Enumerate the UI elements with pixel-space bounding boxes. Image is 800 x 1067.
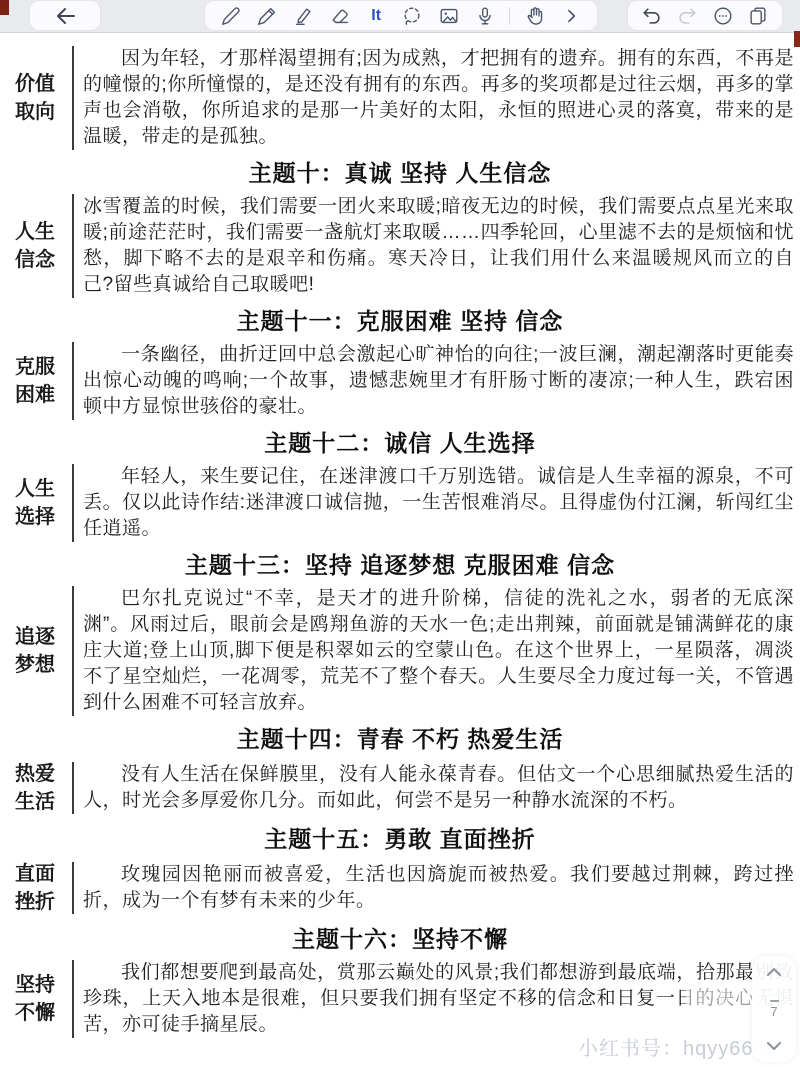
chevron-down-icon[interactable] [765,1040,783,1052]
watermark-text: 小红书号：hqyy6666 [578,1032,778,1061]
topic-header: 主题十四：青春 不朽 热爱生活 [0,724,800,754]
topic-section: 主题十一：克服困难 坚持 信念克服困难一条幽径，曲折迂回中总会激起心旷神怡的向往… [0,306,800,420]
lasso-icon[interactable] [400,3,424,29]
pages-icon[interactable] [746,3,770,29]
topic-row: 人生选择年轻人，来生要记住，在迷津渡口千万别选错。诚信是人生幸福的源泉，不可丢。… [0,464,800,542]
translucent-watermark-badge [686,982,758,1014]
topic-section: 主题十五：勇敢 直面挫折直面挫折玫瑰园因艳丽而被喜爱，生活也因旖旎而被热爱。我们… [0,824,800,916]
topic-paragraph-wrap: 冰雪覆盖的时候，我们需要一团火来取暖;暗夜无边的时候，我们需要点点星光来取暖;前… [72,194,794,298]
toolbar: It [0,0,800,33]
back-group [30,1,100,30]
highlighter-icon[interactable] [292,3,316,29]
topic-label: 追逐梦想 [0,623,72,679]
topic-label: 克服困难 [0,353,72,409]
topic-label: 热爱生活 [0,760,72,816]
image-icon[interactable] [437,3,461,29]
topic-header: 主题十五：勇敢 直面挫折 [0,824,800,854]
more-icon[interactable] [711,3,735,29]
page-navigator: 7 [752,956,796,1062]
topic-section: 主题十三：坚持 追逐梦想 克服困难 信念追逐梦想巴尔扎克说过“不幸，是天才的进升… [0,550,800,716]
topic-section: 主题十六：坚持不懈坚持不懈我们都想要爬到最高处，赏那云巅处的风景;我们都想游到最… [0,924,800,1038]
topic-label: 坚持不懈 [0,971,72,1027]
topic-paragraph-wrap: 没有人生活在保鲜膜里，没有人能永葆青春。但估文一个心思细腻热爱生活的人，时光会多… [72,762,794,814]
topic-label: 直面挫折 [0,860,72,916]
eraser-icon[interactable] [328,3,352,29]
topic-paragraph: 冰雪覆盖的时候，我们需要一团火来取暖;暗夜无边的时候，我们需要点点星光来取暖;前… [83,194,794,298]
topic-section: 主题十二：诚信 人生选择人生选择年轻人，来生要记住，在迷津渡口千万别选错。诚信是… [0,428,800,542]
page-indicator: 7 [770,1000,779,1018]
app-screen: It [0,0,800,1067]
document-page: 价值取向因为年轻，才那样渴望拥有;因为成熟，才把拥有的遗弃。拥有的东西，不再是的… [0,33,800,1067]
undo-icon[interactable] [640,3,664,29]
notebook-cover-edge-top-left [0,0,9,15]
text-tool-label: It [371,7,381,25]
topic-header: 主题十三：坚持 追逐梦想 克服困难 信念 [0,550,800,580]
page-number: 7 [770,1005,777,1018]
topic-header: 主题十：真诚 坚持 人生信念 [0,158,800,188]
topic-paragraph: 一条幽径，曲折迂回中总会激起心旷神怡的向往;一波巨澜，潮起潮落时更能奏出惊心动魄… [83,342,794,420]
topic-section: 主题十：真诚 坚持 人生信念人生信念冰雪覆盖的时候，我们需要一团火来取暖;暗夜无… [0,158,800,298]
topic-row: 直面挫折玫瑰园因艳丽而被喜爱，生活也因旖旎而被热爱。我们要越过荆棘，跨过挫折，成… [0,860,800,916]
topic-paragraph: 没有人生活在保鲜膜里，没有人能永葆青春。但估文一个心思细腻热爱生活的人，时光会多… [83,762,794,814]
topic-row: 热爱生活没有人生活在保鲜膜里，没有人能永葆青春。但估文一个心思细腻热爱生活的人，… [0,760,800,816]
topic-paragraph: 因为年轻，才那样渴望拥有;因为成熟，才把拥有的遗弃。拥有的东西，不再是的幢憬的;… [83,46,794,150]
topic-label: 人生信念 [0,218,72,274]
toolbar-divider [509,7,510,25]
text-tool-icon[interactable]: It [364,3,388,29]
topic-header: 主题十一：克服困难 坚持 信念 [0,306,800,336]
expand-icon[interactable] [559,3,583,29]
topic-paragraph-wrap: 巴尔扎克说过“不幸，是天才的进升阶梯，信徒的洗礼之水，弱者的无底深渊”。风雨过后… [72,586,794,716]
topic-row: 克服困难一条幽径，曲折迂回中总会激起心旷神怡的向往;一波巨澜，潮起潮落时更能奏出… [0,342,800,420]
pen-icon[interactable] [219,3,243,29]
topic-paragraph-wrap: 因为年轻，才那样渴望拥有;因为成熟，才把拥有的遗弃。拥有的东西，不再是的幢憬的;… [72,46,794,150]
chevron-up-icon[interactable] [765,966,783,978]
pencil-icon[interactable] [255,3,279,29]
page-indicator-dash [770,1000,779,1002]
microphone-icon[interactable] [473,3,497,29]
topic-section: 价值取向因为年轻，才那样渴望拥有;因为成熟，才把拥有的遗弃。拥有的东西，不再是的… [0,46,800,150]
hand-icon[interactable] [523,3,547,29]
topic-row: 坚持不懈我们都想要爬到最高处，赏那云巅处的风景;我们都想游到最底端，拾那最别致珍… [0,960,800,1038]
topic-paragraph: 年轻人，来生要记住，在迷津渡口千万别选错。诚信是人生幸福的源泉，不可丢。仅以此诗… [83,464,794,542]
topic-row: 追逐梦想巴尔扎克说过“不幸，是天才的进升阶梯，信徒的洗礼之水，弱者的无底深渊”。… [0,586,800,716]
topic-paragraph-wrap: 一条幽径，曲折迂回中总会激起心旷神怡的向往;一波巨澜，潮起潮落时更能奏出惊心动魄… [72,342,794,420]
topic-sections: 价值取向因为年轻，才那样渴望拥有;因为成熟，才把拥有的遗弃。拥有的东西，不再是的… [0,46,800,1038]
topic-header: 主题十二：诚信 人生选择 [0,428,800,458]
tools-group: It [205,1,597,30]
topic-paragraph-wrap: 玫瑰园因艳丽而被喜爱，生活也因旖旎而被热爱。我们要越过荆棘，跨过挫折，成为一个有… [72,862,794,914]
redo-icon[interactable] [675,3,699,29]
back-icon[interactable] [53,3,77,29]
actions-group [628,1,782,30]
topic-paragraph-wrap: 年轻人，来生要记住，在迷津渡口千万别选错。诚信是人生幸福的源泉，不可丢。仅以此诗… [72,464,794,542]
topic-section: 主题十四：青春 不朽 热爱生活热爱生活没有人生活在保鲜膜里，没有人能永葆青春。但… [0,724,800,816]
topic-label: 人生选择 [0,475,72,531]
topic-header: 主题十六：坚持不懈 [0,924,800,954]
topic-paragraph: 玫瑰园因艳丽而被喜爱，生活也因旖旎而被热爱。我们要越过荆棘，跨过挫折，成为一个有… [83,862,794,914]
topic-label: 价值取向 [0,70,72,126]
topic-paragraph: 巴尔扎克说过“不幸，是天才的进升阶梯，信徒的洗礼之水，弱者的无底深渊”。风雨过后… [83,586,794,716]
notebook-cover-edge-right [794,31,800,47]
topic-row: 价值取向因为年轻，才那样渴望拥有;因为成熟，才把拥有的遗弃。拥有的东西，不再是的… [0,46,800,150]
topic-row: 人生信念冰雪覆盖的时候，我们需要一团火来取暖;暗夜无边的时候，我们需要点点星光来… [0,194,800,298]
